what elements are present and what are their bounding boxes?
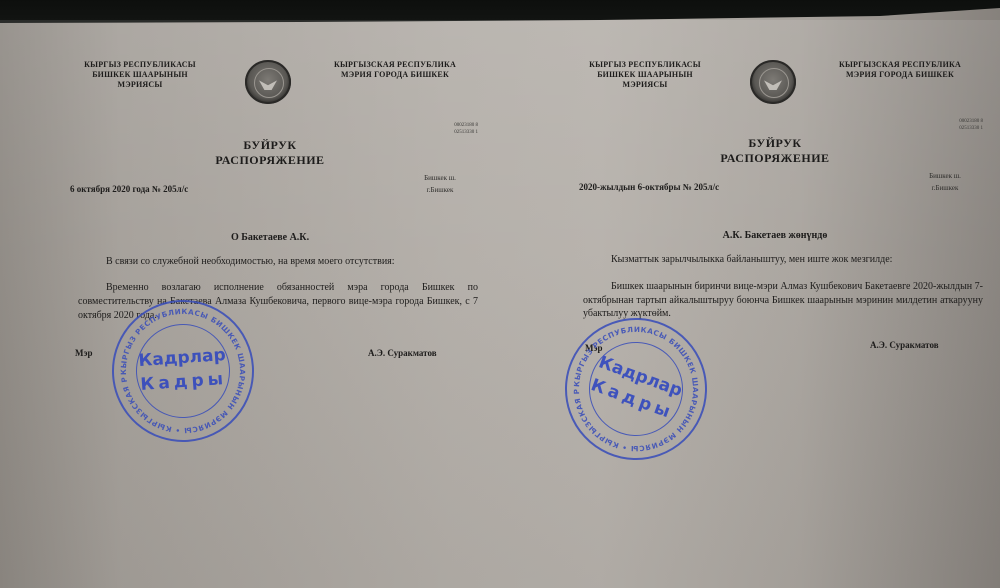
letterhead-line: КЫРГЫЗСКАЯ РЕСПУБЛИКА: [310, 60, 480, 70]
letterhead-kyrgyz: КЫРГЫЗ РЕСПУБЛИКАСЫ БИШКЕК ШААРЫНЫН МЭРИ…: [60, 60, 220, 90]
order-document-kyrgyz: КЫРГЫЗ РЕСПУБЛИКАСЫ БИШКЕК ШААРЫНЫН МЭРИ…: [565, 0, 985, 588]
state-emblem-icon: [245, 60, 291, 104]
document-subject: О Бакетаеве А.К.: [60, 232, 480, 243]
code-line: 00023180 8: [933, 118, 983, 125]
letterhead-line: МЭРИЯСЫ: [60, 80, 220, 90]
letterhead-line: МЭРИЯСЫ: [565, 80, 725, 90]
place-of-issue: Бишкек ш. г.Бишкек: [905, 170, 985, 194]
place-line: г.Бишкек: [905, 182, 985, 194]
letterhead-line: КЫРГЫЗСКАЯ РЕСПУБЛИКА: [815, 60, 985, 70]
letterhead-line: МЭРИЯ ГОРОДА БИШКЕК: [310, 70, 480, 80]
letterhead-russian: КЫРГЫЗСКАЯ РЕСПУБЛИКА МЭРИЯ ГОРОДА БИШКЕ…: [815, 60, 985, 80]
letterhead-kyrgyz: КЫРГЫЗ РЕСПУБЛИКАСЫ БИШКЕК ШААРЫНЫН МЭРИ…: [565, 60, 725, 90]
date-number: 2020-жылдын 6-октябры № 205л/с: [579, 182, 719, 192]
letterhead-line: КЫРГЫЗ РЕСПУБЛИКАСЫ: [565, 60, 725, 70]
code-line: 00023180 8: [428, 122, 478, 129]
letterhead-line: БИШКЕК ШААРЫНЫН: [565, 70, 725, 80]
code-line: 02513330 1: [933, 125, 983, 132]
document-subject: А.К. Бакетаев жөнүндө: [565, 230, 985, 241]
code-line: 02513330 1: [428, 129, 478, 136]
state-emblem-icon: [750, 60, 796, 104]
document-title: БУЙРУК РАСПОРЯЖЕНИЕ: [565, 136, 985, 166]
place-of-issue: Бишкек ш. г.Бишкек: [400, 172, 480, 196]
title-russian: РАСПОРЯЖЕНИЕ: [60, 153, 480, 168]
registry-codes: 00023180 8 02513330 1: [933, 118, 983, 132]
paragraph-order: Бишкек шаарынын биринчи вице-мэри Алмаз …: [583, 280, 983, 321]
place-line: Бишкек ш.: [400, 172, 480, 184]
letterhead-line: МЭРИЯ ГОРОДА БИШКЕК: [815, 70, 985, 80]
paragraph-preamble: Кызматтык зарылчылыкка байланыштуу, мен …: [583, 254, 983, 265]
title-kyrgyz: БУЙРУК: [565, 136, 985, 151]
title-kyrgyz: БУЙРУК: [60, 138, 480, 153]
signer-name: А.Э. Суракматов: [870, 340, 939, 350]
date-number: 6 октября 2020 года № 205л/с: [70, 184, 188, 194]
signer-name: А.Э. Суракматов: [368, 348, 437, 358]
letterhead-russian: КЫРГЫЗСКАЯ РЕСПУБЛИКА МЭРИЯ ГОРОДА БИШКЕ…: [310, 60, 480, 80]
letterhead-line: БИШКЕК ШААРЫНЫН: [60, 70, 220, 80]
place-line: Бишкек ш.: [905, 170, 985, 182]
document-title: БУЙРУК РАСПОРЯЖЕНИЕ: [60, 138, 480, 168]
paragraph-preamble: В связи со служебной необходимостью, на …: [78, 256, 478, 267]
order-document-russian: КЫРГЫЗ РЕСПУБЛИКАСЫ БИШКЕК ШААРЫНЫН МЭРИ…: [60, 0, 480, 588]
place-line: г.Бишкек: [400, 184, 480, 196]
hr-stamp: КЫРГЫЗ РЕСПУБЛИКАСЫ БИШКЕК ШААРЫНЫН МЭРИ…: [107, 295, 259, 447]
letterhead-line: КЫРГЫЗ РЕСПУБЛИКАСЫ: [60, 60, 220, 70]
hr-stamp: КЫРГЫЗ РЕСПУБЛИКАСЫ БИШКЕК ШААРЫНЫН МЭРИ…: [563, 316, 710, 463]
signer-role: Мэр: [75, 348, 93, 358]
registry-codes: 00023180 8 02513330 1: [428, 122, 478, 136]
title-russian: РАСПОРЯЖЕНИЕ: [565, 151, 985, 166]
